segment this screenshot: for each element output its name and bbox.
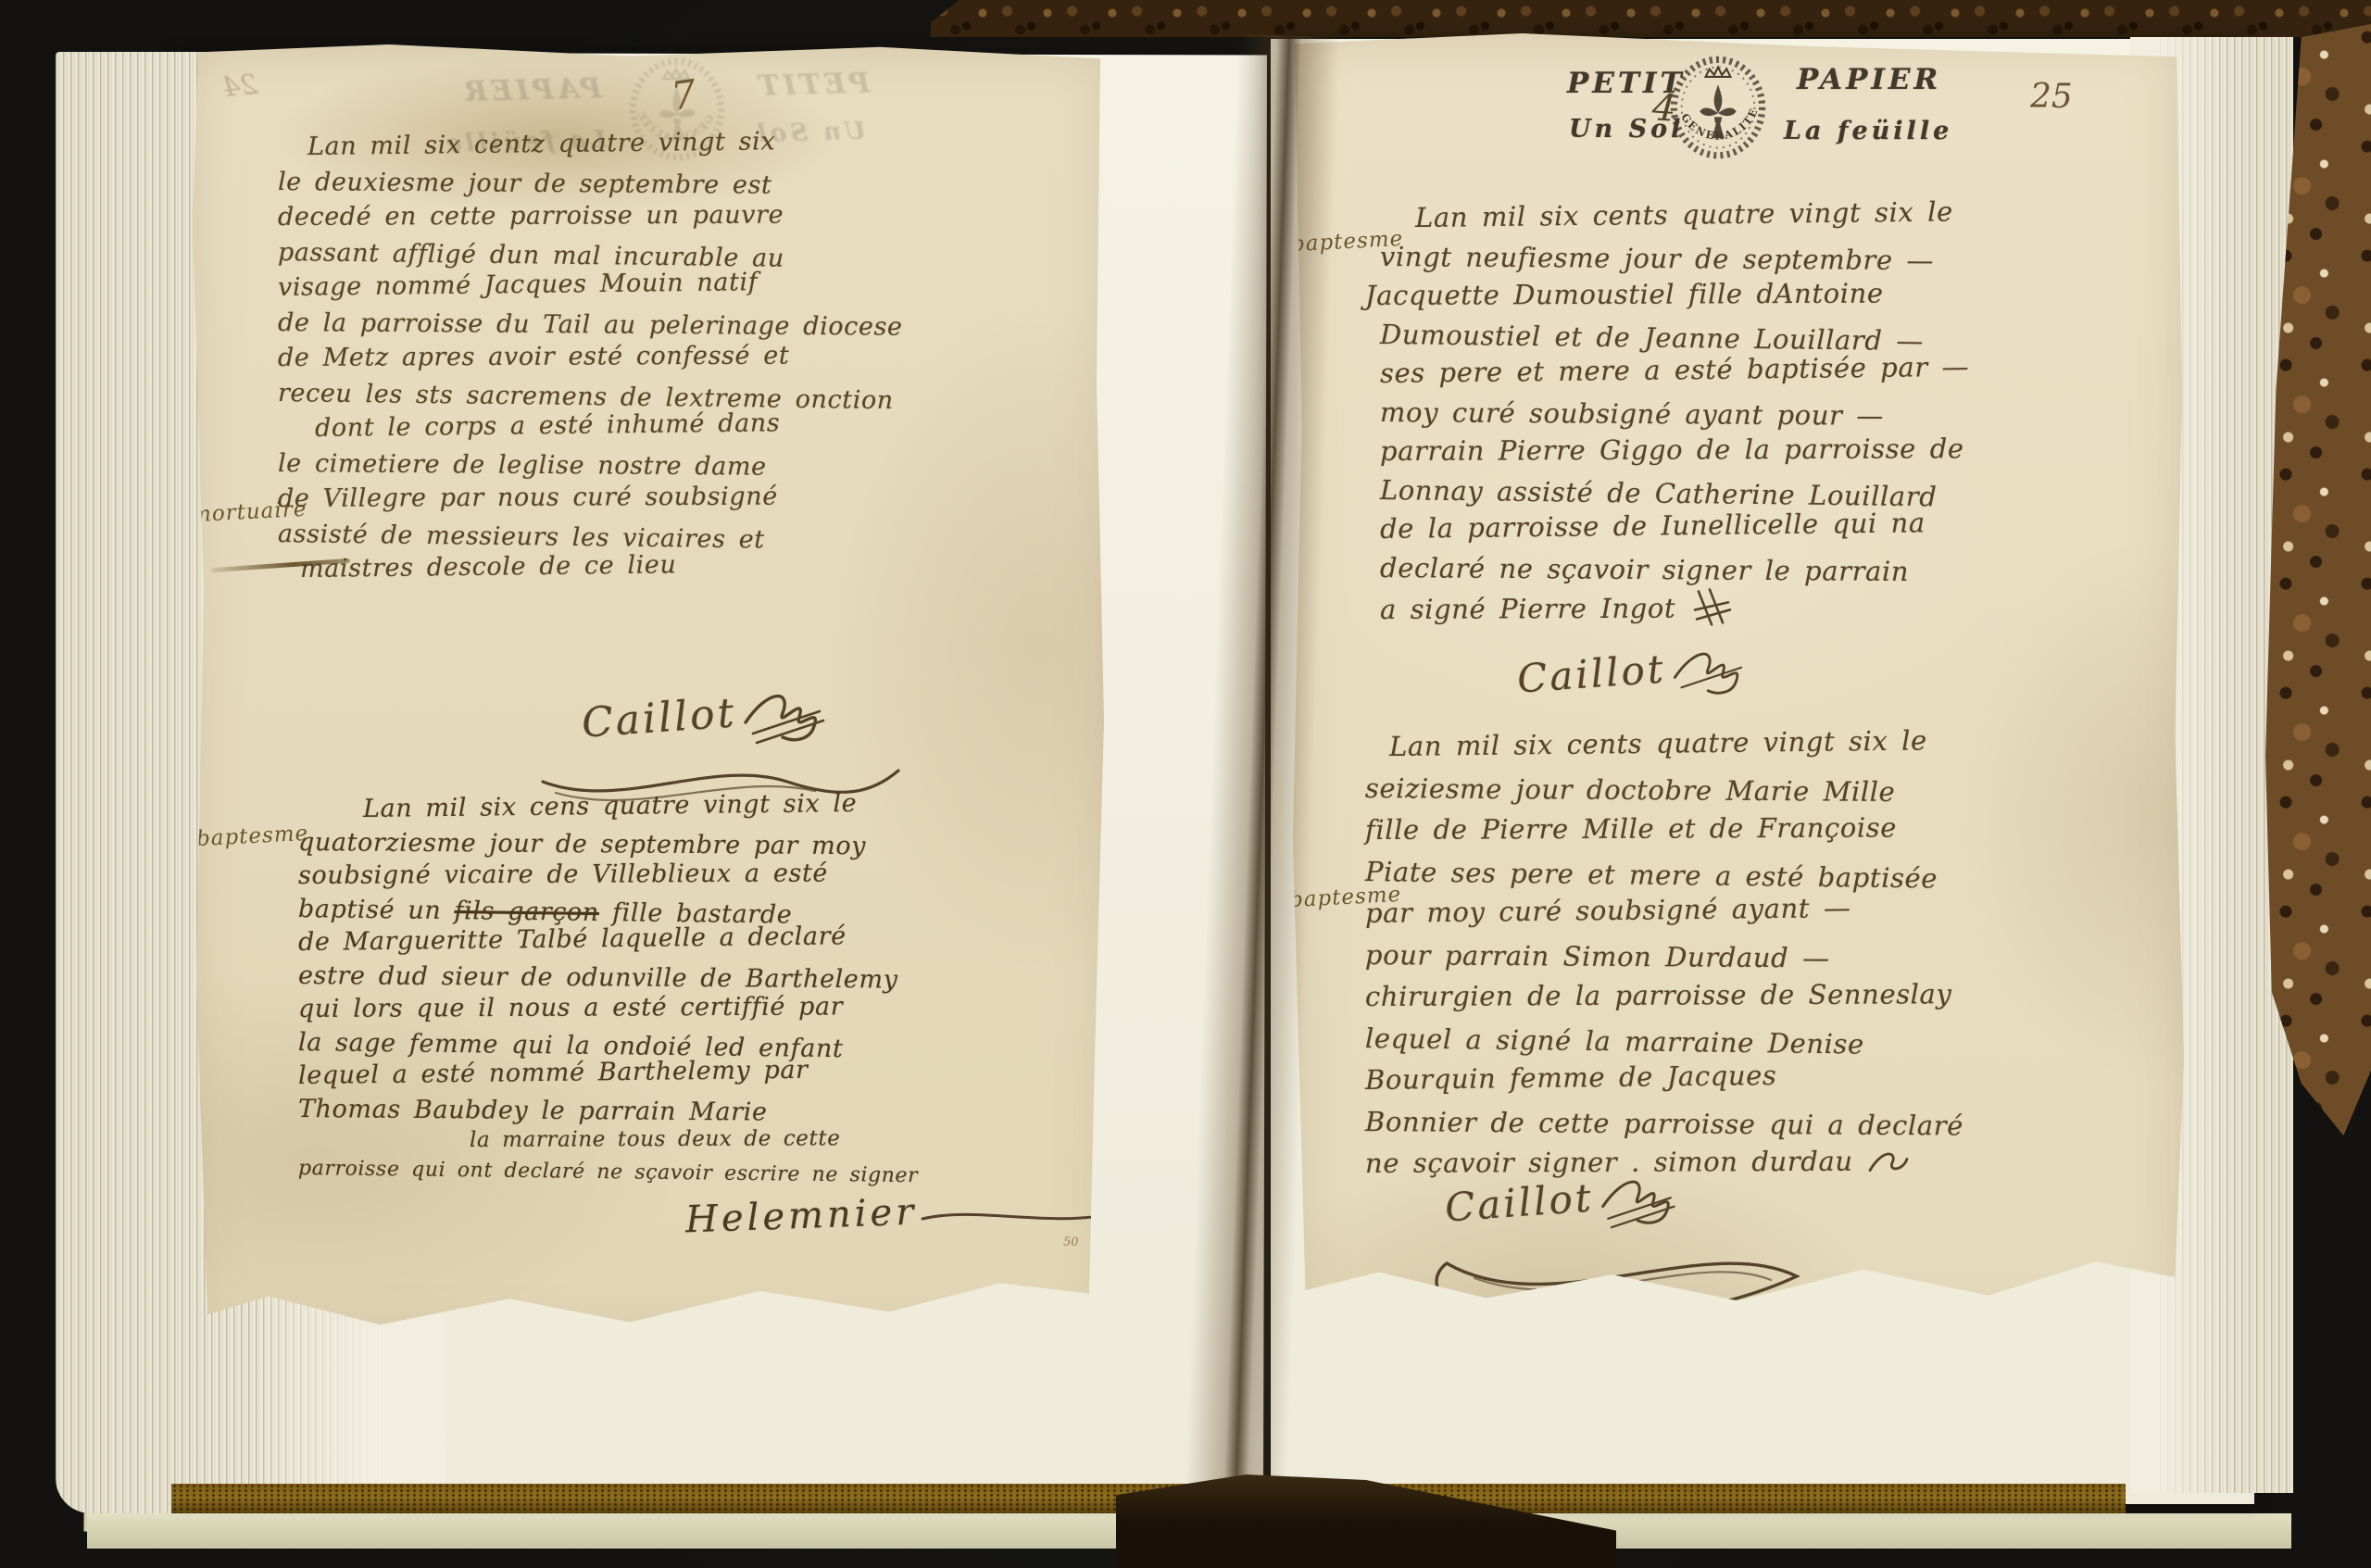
signature-row: Caillot (582, 684, 829, 752)
ghost-stamp-word-right: PAPIER (460, 72, 602, 108)
manuscript-line: parroisse qui ont declaré ne sçavoir esc… (298, 1154, 919, 1191)
corner-mark: 50 (1063, 1236, 1079, 1249)
signature-caillot: Caillot (580, 689, 737, 747)
manuscript-leaf-left: 24 PETIT PAPIER Un Sol La feüille GENERA… (185, 44, 1111, 1343)
stamp-sub-la-feuille: La feüille (1784, 117, 1952, 145)
manuscript-line: dont le corps a esté inhumé dans (315, 405, 903, 446)
ghost-stamp-word-left: PETIT (755, 68, 871, 103)
baptism-record-left: Lan mil six cens quatre vingt six le qua… (298, 793, 918, 1184)
manuscript-line: maistres descole de ce lieu (300, 546, 903, 587)
burial-record: Lan mil six centz quatre vingt six le de… (278, 130, 903, 587)
manuscript-line: parrain Pierre Giggo de la parroisse de (1380, 429, 1969, 470)
signature-row: Caillot (1517, 641, 1750, 706)
manuscript-line: Jacquette Dumoustiel fille dAntoine (1365, 273, 1969, 315)
manuscript-line: ses pere et mere a esté baptisée par — (1380, 347, 1970, 393)
folio-number: 25 (2030, 78, 2073, 116)
manuscript-line: lequel a esté nommé Barthelemy par (298, 1052, 919, 1093)
ingot-paraph (1689, 585, 1737, 628)
manuscript-leaf-right: PETIT PAPIER Un Sol La feüille GENERALIT… (1289, 33, 2186, 1332)
signature-helemnier: Helemnier (684, 1191, 918, 1242)
manuscript-line: de Margueritte Talbé laquelle a declaré (298, 919, 919, 960)
manuscript-line: a signé Pierre Ingot (1380, 584, 1969, 630)
manuscript-line: fille de Pierre Mille et de Françoise (1365, 807, 1963, 851)
manuscript-line: Lan mil six cens quatre vingt six le (363, 786, 919, 826)
signature-caillot: Caillot (1515, 646, 1667, 701)
ghost-folio-number: 24 (220, 69, 259, 105)
manuscript-line: qui lors que il nous a esté certiffié pa… (298, 990, 918, 1026)
generalite-stamp-crest: GENERALITE (1663, 50, 1773, 161)
manuscript-line: Lan mil six cents quatre vingt six le (1415, 192, 1970, 237)
margin-note-baptesme: baptesme (195, 822, 308, 851)
manuscript-line: de la parroisse de Iunellicelle qui na (1380, 503, 1970, 548)
manuscript-line: chirurgien de la parroisse de Senneslay (1365, 973, 1963, 1018)
line-fragment: baptisé un (298, 895, 455, 925)
manuscript-line: de Villegre par nous curé soubsigné (278, 479, 903, 517)
manuscript-line: par moy curé soubsigné ayant — (1365, 886, 1963, 935)
manuscript-line: de Metz apres avoir esté confessé et (278, 338, 903, 376)
manuscript-line-inserted: la marraine tous deux de cette (470, 1124, 918, 1154)
stamp-word-papier: PAPIER (1797, 63, 1941, 96)
manuscript-line: Bourquin femme de Jacques (1365, 1053, 1963, 1101)
manuscript-line: Lan mil six centz quatre vingt six (307, 123, 903, 165)
manuscript-line: visage nommé Jacques Mouin natif (278, 263, 903, 306)
baptism-record-right-2: Lan mil six cents quatre vingt six le se… (1365, 726, 1963, 1185)
signature-caillot: Caillot (1443, 1174, 1595, 1230)
signature-paraph (1598, 1169, 1681, 1236)
manuscript-line: soubsigné vicaire de Villeblieux a esté (298, 857, 918, 893)
marbled-cover-top-edge (931, 0, 2371, 37)
signature-paraph (740, 684, 829, 752)
manuscript-line: Lan mil six cents quatre vingt six le (1389, 720, 1963, 768)
archival-photo-scene: 24 PETIT PAPIER Un Sol La feüille GENERA… (0, 0, 2371, 1568)
signature-paraph (1670, 641, 1750, 706)
signature-row: Caillot (1445, 1169, 1681, 1236)
durdau-paraph (1866, 1144, 1911, 1177)
manuscript-line: decedé en cette parroisse un pauvre (278, 197, 903, 235)
baptism-record-right-1: Lan mil six cents quatre vingt six le vi… (1380, 198, 1969, 630)
line-fragment: a signé Pierre Ingot (1380, 593, 1675, 625)
tax-annotation-right: 4 (1650, 86, 1677, 131)
